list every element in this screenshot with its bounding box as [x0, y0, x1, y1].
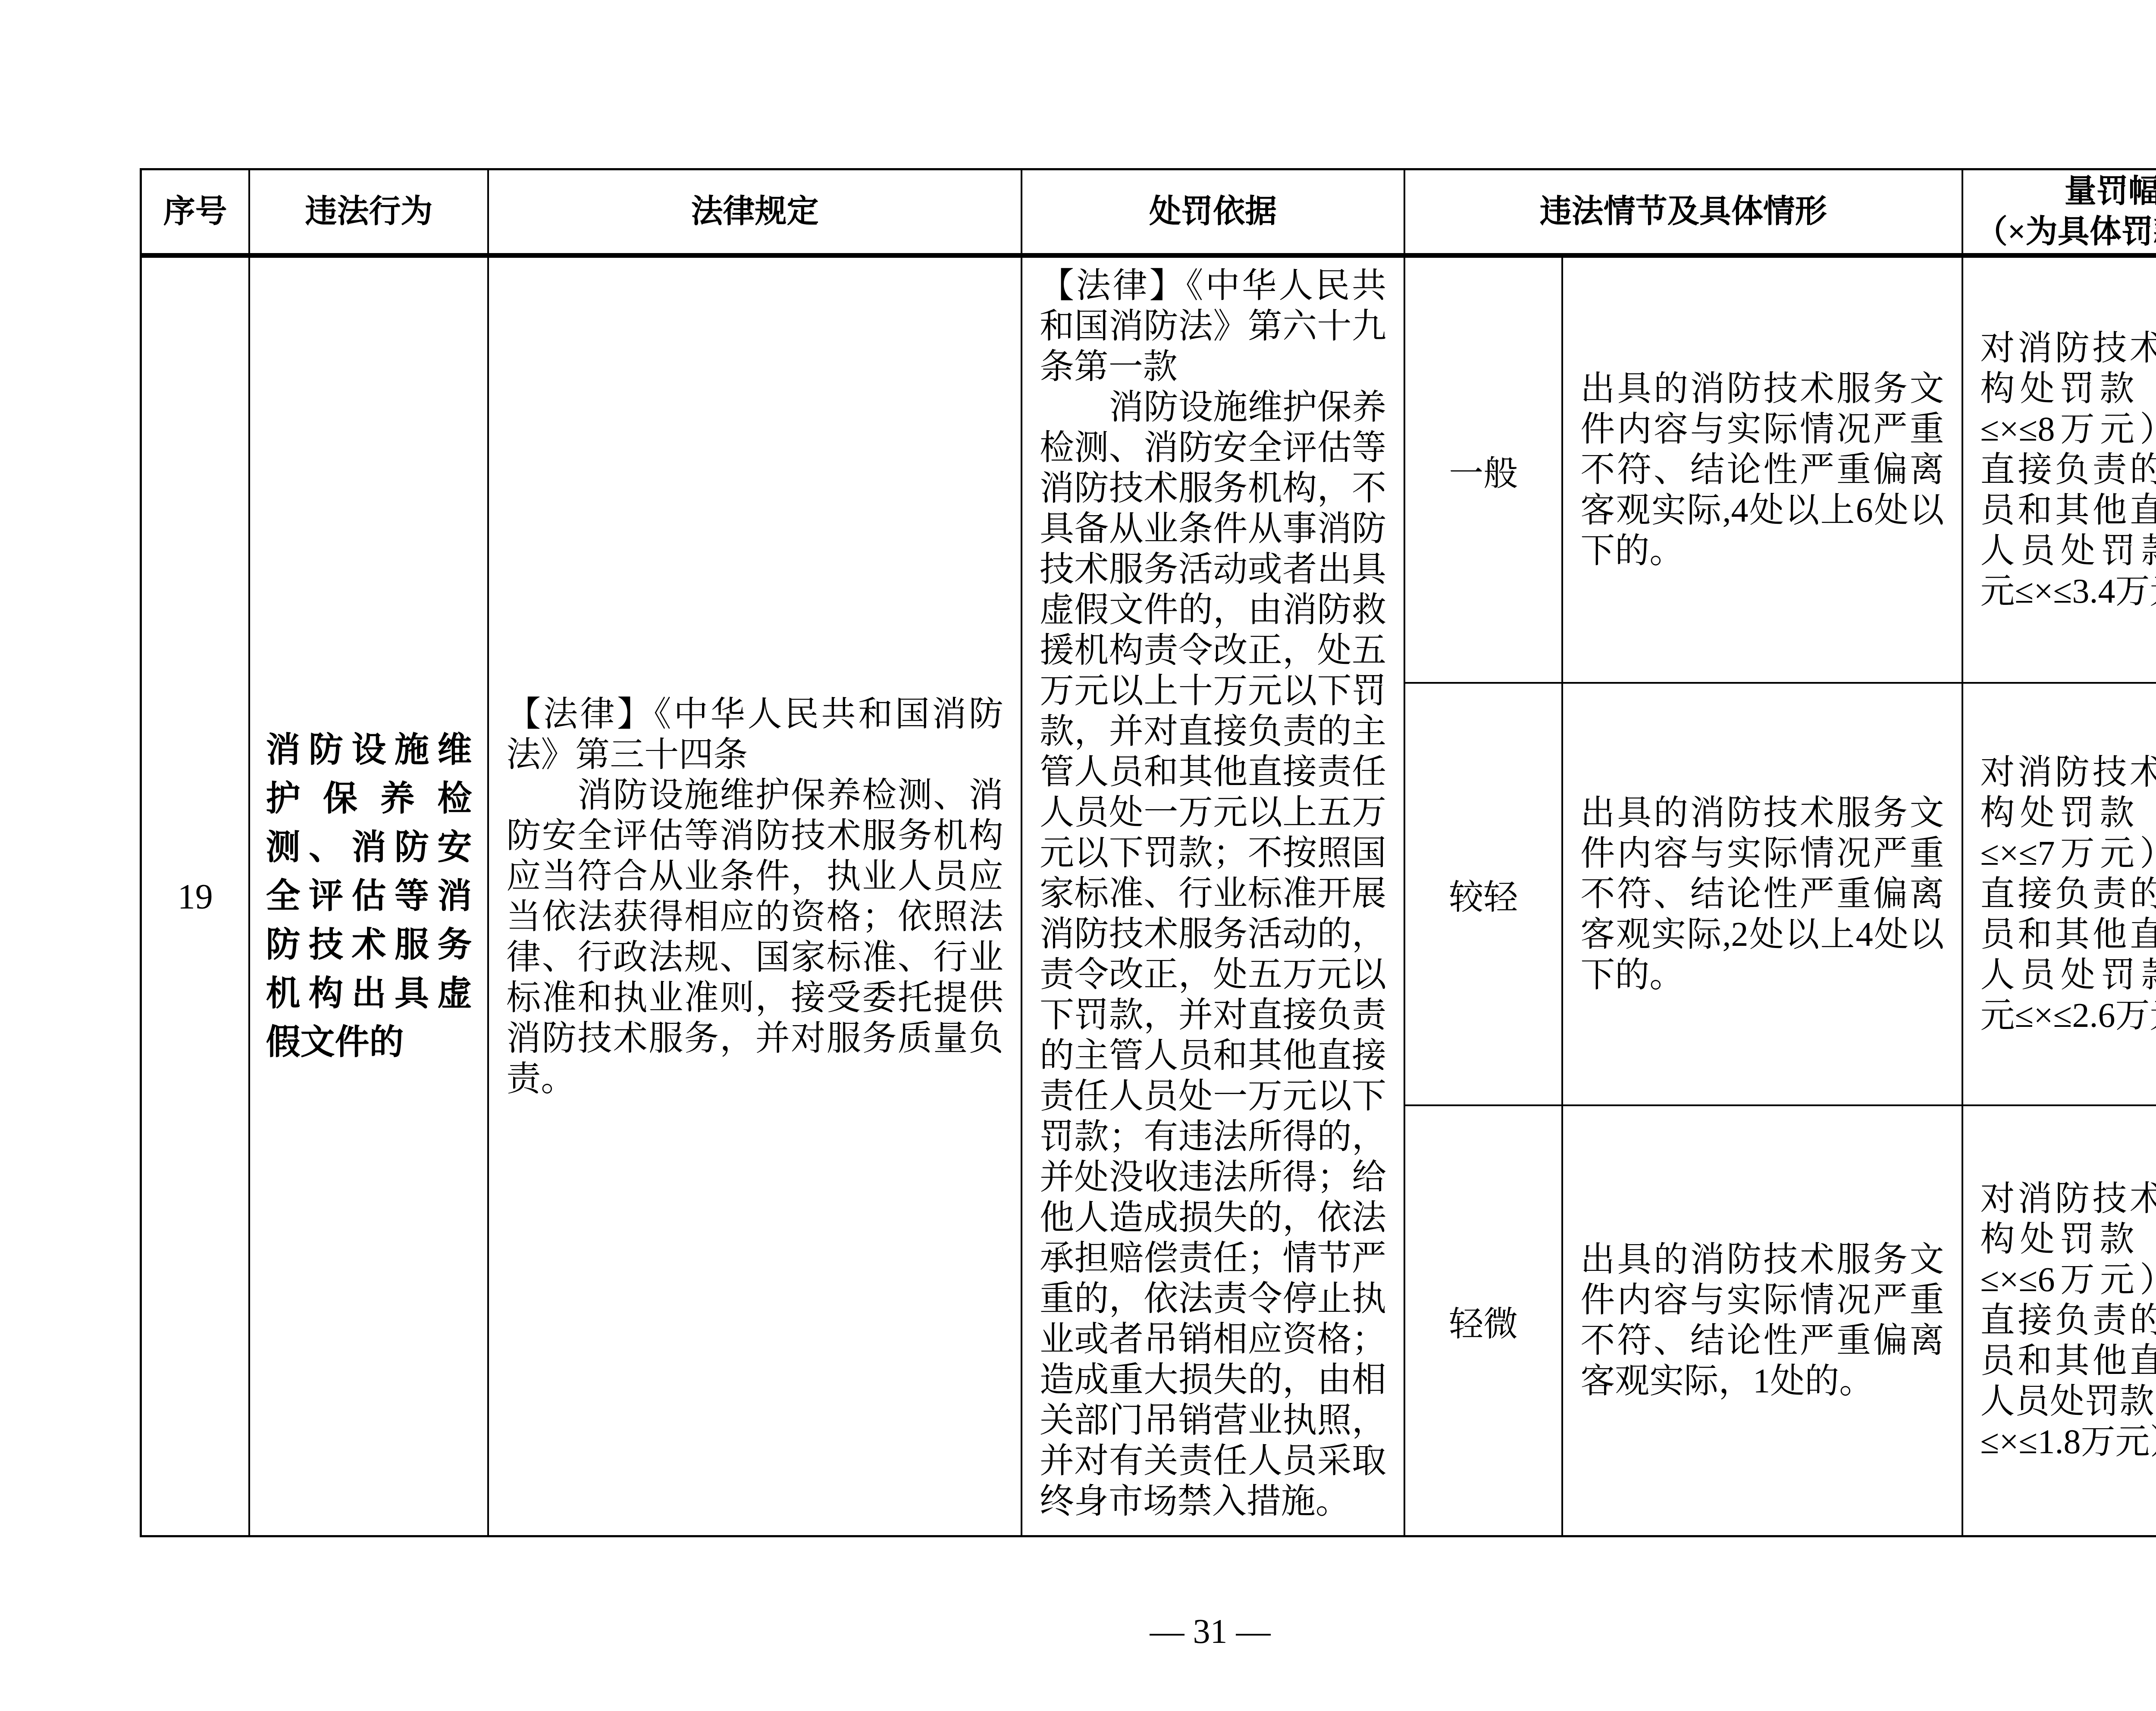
severity-cell-minor: 轻微: [1405, 1106, 1563, 1535]
severity-cell-general: 一般: [1405, 258, 1563, 684]
header-cell-penalty-basis: 处罚依据: [1022, 170, 1405, 258]
description-cell-minor: 出具的消防技术服务文件内容与实际情况严重不符、结论性严重偏离客观实际，1处的。: [1563, 1106, 1963, 1535]
header-cell-circumstances: 违法情节及具体情形: [1405, 170, 1963, 258]
penalty-cell-minor: 对消防技术服务机构处罚款（5万元≤×≤6万元），并对直接负责的主管人员和其他直接…: [1963, 1106, 2156, 1535]
description-text-general: 出具的消防技术服务文件内容与实际情况严重不符、结论性严重偏离客观实际,4处以上6…: [1580, 369, 1944, 571]
header-cell-behavior: 违法行为: [250, 170, 489, 258]
header-cell-index: 序号: [142, 170, 250, 258]
header-behavior-label: 违法行为: [305, 191, 432, 232]
header-cell-legal-provision: 法律规定: [489, 170, 1022, 258]
penalty-cell-general: 对消防技术服务机构处罚款（7万元≤×≤8万元），并对直接负责的主管人员和其他直接…: [1963, 258, 2156, 684]
header-legal-provision-label: 法律规定: [691, 191, 819, 232]
header-penalty-basis-label: 处罚依据: [1149, 191, 1277, 232]
legal-provision-cell: 【法律】《中华人民共和国消防法》第三十四条 消防设施维护保养检测、消防安全评估等…: [489, 258, 1022, 1535]
header-cell-penalty-range: 量罚幅度 （×为具体罚款金额）: [1963, 170, 2156, 258]
legal-provision-text: 【法律】《中华人民共和国消防法》第三十四条 消防设施维护保养检测、消防安全评估等…: [506, 694, 1003, 1099]
penalty-cell-lighter: 对消防技术服务机构处罚款（6万元≤×≤7万元），并对直接负责的主管人员和其他直接…: [1963, 684, 2156, 1106]
illegal-behavior-cell: 消防设施维护保养检测、消防安全评估等消防技术服务机构出具虚假文件的: [250, 258, 489, 1535]
penalty-text-lighter: 对消防技术服务机构处罚款（6万元≤×≤7万元），并对直接负责的主管人员和其他直接…: [1981, 752, 2156, 1036]
severity-cell-lighter: 较轻: [1405, 684, 1563, 1106]
penalty-text-minor: 对消防技术服务机构处罚款（5万元≤×≤6万元），并对直接负责的主管人员和其他直接…: [1981, 1179, 2156, 1462]
penalty-text-general: 对消防技术服务机构处罚款（7万元≤×≤8万元），并对直接负责的主管人员和其他直接…: [1981, 328, 2156, 612]
header-index-label: 序号: [163, 191, 227, 232]
page-number: — 31 —: [0, 1610, 2156, 1653]
page-root: 序号 违法行为 法律规定 处罚依据 违法情节及具体情形 量罚幅度 （×为具体罚款…: [0, 0, 2156, 1711]
header-circumstances-label: 违法情节及具体情形: [1540, 191, 1827, 232]
severity-label-lighter: 较轻: [1449, 869, 1518, 919]
penalty-basis-text: 【法律】《中华人民共和国消防法》第六十九条第一款 消防设施维护保养检测、消防安全…: [1040, 266, 1386, 1522]
description-cell-lighter: 出具的消防技术服务文件内容与实际情况严重不符、结论性严重偏离客观实际,2处以上4…: [1563, 684, 1963, 1106]
illegal-behavior-text: 消防设施维护保养检测、消防安全评估等消防技术服务机构出具虚假文件的: [266, 726, 472, 1067]
severity-label-general: 一般: [1449, 445, 1518, 495]
header-penalty-range-note: （×为具体罚款金额）: [1976, 212, 2156, 252]
row-index-value: 19: [178, 876, 213, 917]
penalty-table: 序号 违法行为 法律规定 处罚依据 违法情节及具体情形 量罚幅度 （×为具体罚款…: [140, 168, 2156, 1537]
row-index-cell: 19: [142, 258, 250, 1535]
description-text-minor: 出具的消防技术服务文件内容与实际情况严重不符、结论性严重偏离客观实际，1处的。: [1580, 1239, 1944, 1401]
severity-label-minor: 轻微: [1449, 1296, 1518, 1345]
penalty-basis-cell: 【法律】《中华人民共和国消防法》第六十九条第一款 消防设施维护保养检测、消防安全…: [1022, 258, 1405, 1535]
description-text-lighter: 出具的消防技术服务文件内容与实际情况严重不符、结论性严重偏离客观实际,2处以上4…: [1580, 793, 1944, 995]
header-penalty-range-title: 量罚幅度: [2065, 171, 2156, 212]
description-cell-general: 出具的消防技术服务文件内容与实际情况严重不符、结论性严重偏离客观实际,4处以上6…: [1563, 258, 1963, 684]
